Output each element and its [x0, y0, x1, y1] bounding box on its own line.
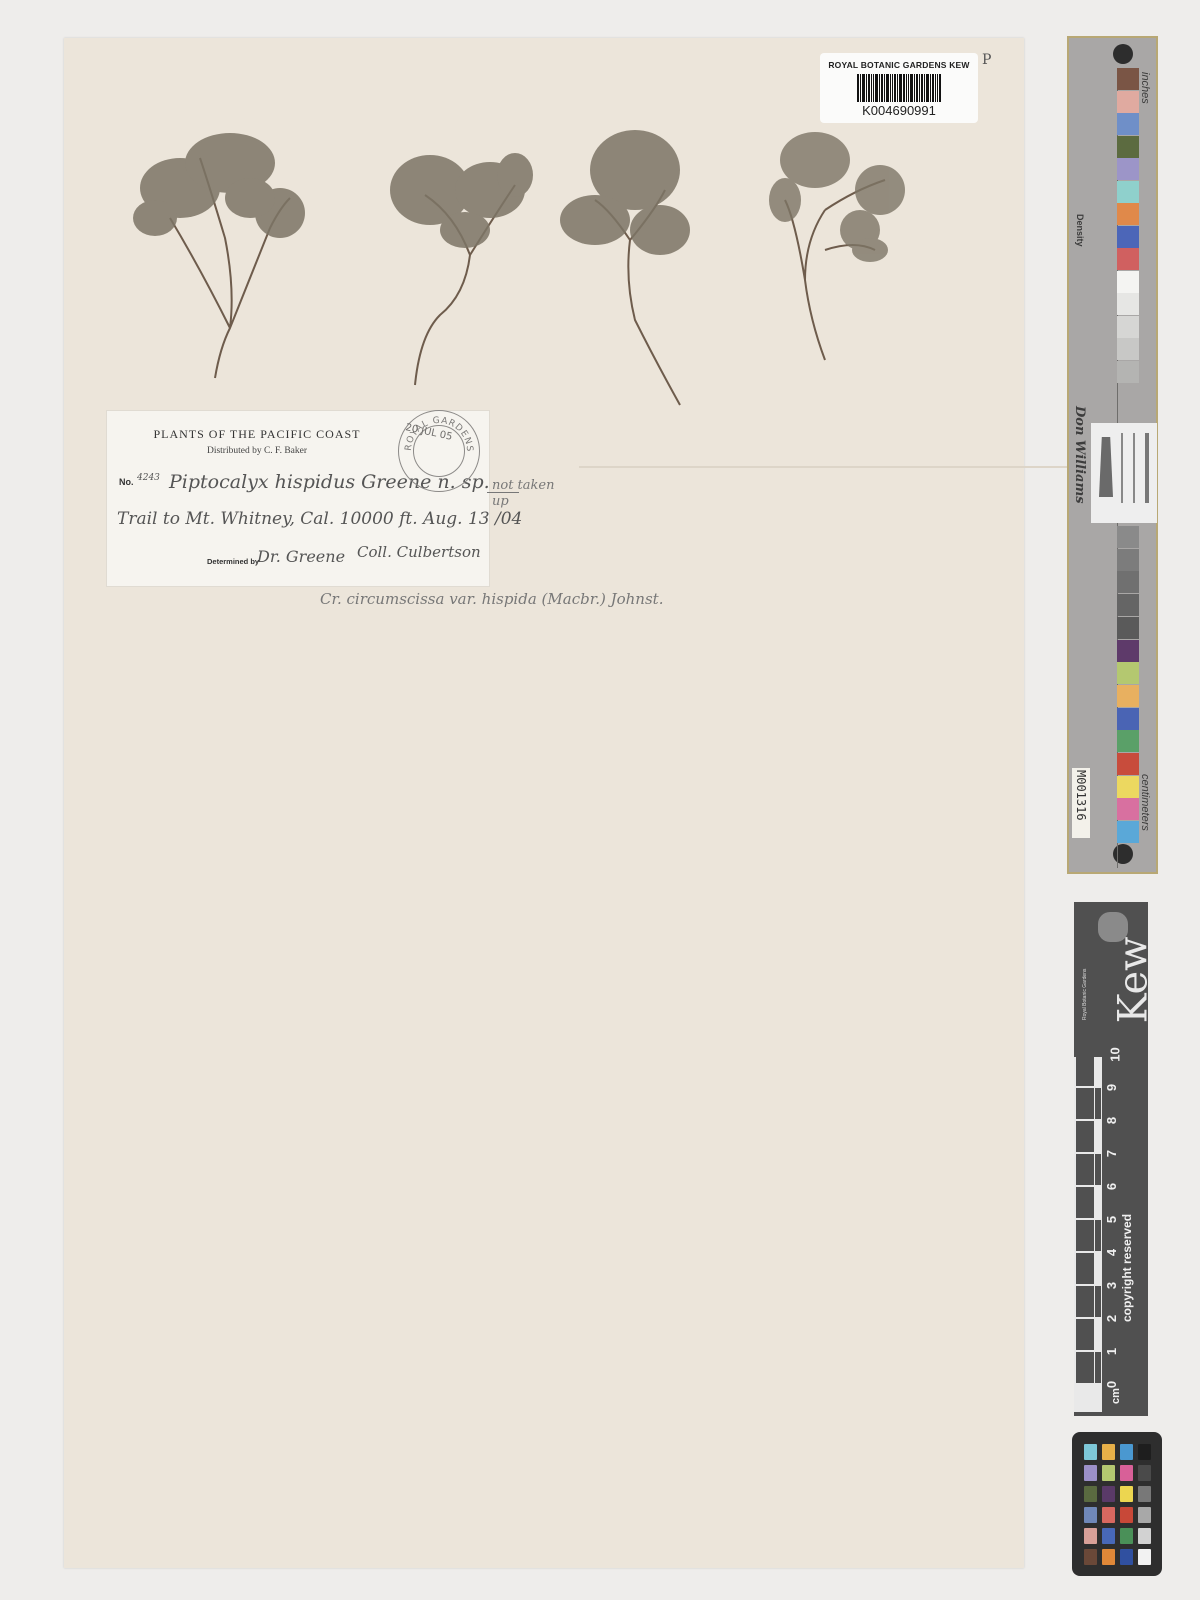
color-patch [1120, 1465, 1133, 1481]
color-patch [1102, 1486, 1115, 1502]
resolution-target [1091, 423, 1157, 523]
ruler-color-swatch [1117, 338, 1139, 360]
ruler-color-swatch [1117, 316, 1139, 338]
scale-block [1076, 1187, 1094, 1218]
ruler-color-swatch [1117, 271, 1139, 293]
scale-block [1095, 1220, 1101, 1251]
scale-block [1076, 1286, 1094, 1317]
scale-number: 4 [1104, 1249, 1119, 1256]
ruler-color-swatch [1117, 113, 1139, 135]
ruler-color-swatch [1117, 571, 1139, 593]
institution-name: ROYAL BOTANIC GARDENS KEW [820, 60, 978, 70]
color-patch [1138, 1507, 1151, 1523]
barcode-number: K004690991 [820, 103, 978, 118]
color-patch [1138, 1486, 1151, 1502]
kew-subtitle: Royal Botanic Gardens [1082, 969, 1088, 1020]
ruler-color-swatch [1117, 158, 1139, 180]
scale-block [1076, 1055, 1094, 1086]
ruler-color-swatch [1117, 68, 1139, 90]
color-patch [1102, 1549, 1115, 1565]
label-locality: Trail to Mt. Whitney, Cal. 10000 ft. Aug… [117, 509, 522, 529]
scale-number: 7 [1104, 1150, 1119, 1157]
scale-number: 8 [1104, 1117, 1119, 1124]
color-patch [1138, 1528, 1151, 1544]
color-patch [1120, 1444, 1133, 1460]
scale-number: 1 [1104, 1348, 1119, 1355]
label-determiner: Dr. Greene [257, 547, 345, 566]
scale-number: 6 [1104, 1183, 1119, 1190]
ruler-color-swatch [1117, 526, 1139, 548]
color-patch [1084, 1528, 1097, 1544]
kew-logo: Kew [1110, 937, 1156, 1024]
color-patch [1120, 1528, 1133, 1544]
color-patch [1102, 1507, 1115, 1523]
ruler-color-swatch [1117, 293, 1139, 315]
specimen-plant-3 [555, 120, 705, 410]
scale-block [1095, 1088, 1101, 1119]
color-patch [1084, 1486, 1097, 1502]
color-patch [1120, 1507, 1133, 1523]
ruler-color-swatch [1117, 594, 1139, 616]
color-patch [1138, 1549, 1151, 1565]
barcode-label: ROYAL BOTANIC GARDENS KEW K004690991 [820, 53, 978, 123]
ruler-density-label: Density [1075, 214, 1085, 247]
scale-block [1076, 1088, 1094, 1119]
ruler-color-swatch [1117, 640, 1139, 662]
ruler-brand: Don Williams [1072, 406, 1087, 504]
label-number: 4243 [137, 473, 160, 483]
label-number-prefix: No. [119, 477, 134, 487]
ruler-id: M001316 [1074, 770, 1088, 821]
ruler-color-swatch [1117, 361, 1139, 383]
color-patch [1084, 1465, 1097, 1481]
ruler-color-swatch [1117, 248, 1139, 270]
color-patch [1084, 1549, 1097, 1565]
scale-number: 9 [1104, 1084, 1119, 1091]
label-title: PLANTS OF THE PACIFIC COAST [107, 427, 407, 442]
determination-annotation: Cr. circumscissa var. hispida (Macbr.) J… [320, 590, 663, 608]
scale-block [1076, 1253, 1094, 1284]
ruler-id-tag: M001316 [1072, 768, 1090, 838]
ruler-hole-icon [1113, 44, 1133, 64]
specimen-plant-4 [765, 120, 915, 370]
ruler-color-swatch [1117, 776, 1139, 798]
scale-number: 0 [1104, 1381, 1119, 1388]
ruler-color-swatch [1117, 617, 1139, 639]
specimen-plant-1 [120, 118, 320, 388]
ruler-color-swatch [1117, 685, 1139, 707]
scale-number: 3 [1104, 1282, 1119, 1289]
ruler-color-swatch [1117, 549, 1139, 571]
color-patch [1138, 1444, 1151, 1460]
ruler-color-swatch [1117, 798, 1139, 820]
color-checker-card [1072, 1432, 1162, 1576]
color-ruler: inches centimeters Density Don Williams … [1067, 36, 1158, 874]
ruler-color-swatch [1117, 136, 1139, 158]
label-determined-by: Determined by [207, 557, 259, 566]
kew-scale-bar: Kew Royal Botanic Gardens copyright rese… [1074, 902, 1148, 1416]
ruler-color-swatch [1117, 203, 1139, 225]
ruler-color-swatch [1117, 821, 1139, 843]
scale-number: 2 [1104, 1315, 1119, 1322]
color-patch [1084, 1507, 1097, 1523]
ruler-color-swatch [1117, 753, 1139, 775]
label-collector: Coll. Culbertson [357, 543, 481, 561]
scale-block [1095, 1352, 1101, 1383]
ruler-color-swatch [1117, 662, 1139, 684]
scale-unit: cm [1110, 1388, 1122, 1404]
scale-block [1076, 1319, 1094, 1350]
ruler-centimeters-label: centimeters [1139, 774, 1151, 831]
color-patch [1102, 1444, 1115, 1460]
sheet-fold-line [579, 466, 1084, 468]
ruler-color-swatch [1117, 91, 1139, 113]
color-patch [1120, 1486, 1133, 1502]
ruler-color-swatch [1117, 708, 1139, 730]
color-patch [1120, 1549, 1133, 1565]
color-patch [1102, 1528, 1115, 1544]
ruler-color-swatch [1117, 226, 1139, 248]
scale-number: 10 [1108, 1047, 1123, 1061]
scale-block [1076, 1154, 1094, 1185]
color-patch [1084, 1444, 1097, 1460]
scale-block [1076, 1121, 1094, 1152]
barcode-icon [820, 74, 978, 102]
margin-note: not taken up [492, 478, 572, 510]
scale-block [1095, 1286, 1101, 1317]
ruler-color-swatch [1117, 730, 1139, 752]
ruler-color-swatch [1117, 181, 1139, 203]
color-patch [1102, 1465, 1115, 1481]
label-distributor: Distributed by C. F. Baker [107, 446, 407, 456]
color-patch [1138, 1465, 1151, 1481]
scale-block [1076, 1352, 1094, 1383]
sheet-mark: P [982, 52, 991, 68]
copyright-text: copyright reserved [1120, 1214, 1134, 1322]
ruler-inches-label: inches [1139, 72, 1151, 104]
scale-block [1076, 1220, 1094, 1251]
specimen-plant-2 [385, 135, 535, 395]
scale-block [1095, 1154, 1101, 1185]
accession-stamp: ROYAL GARDENS 20 JUL 05 [398, 410, 480, 492]
scale-number: 5 [1104, 1216, 1119, 1223]
